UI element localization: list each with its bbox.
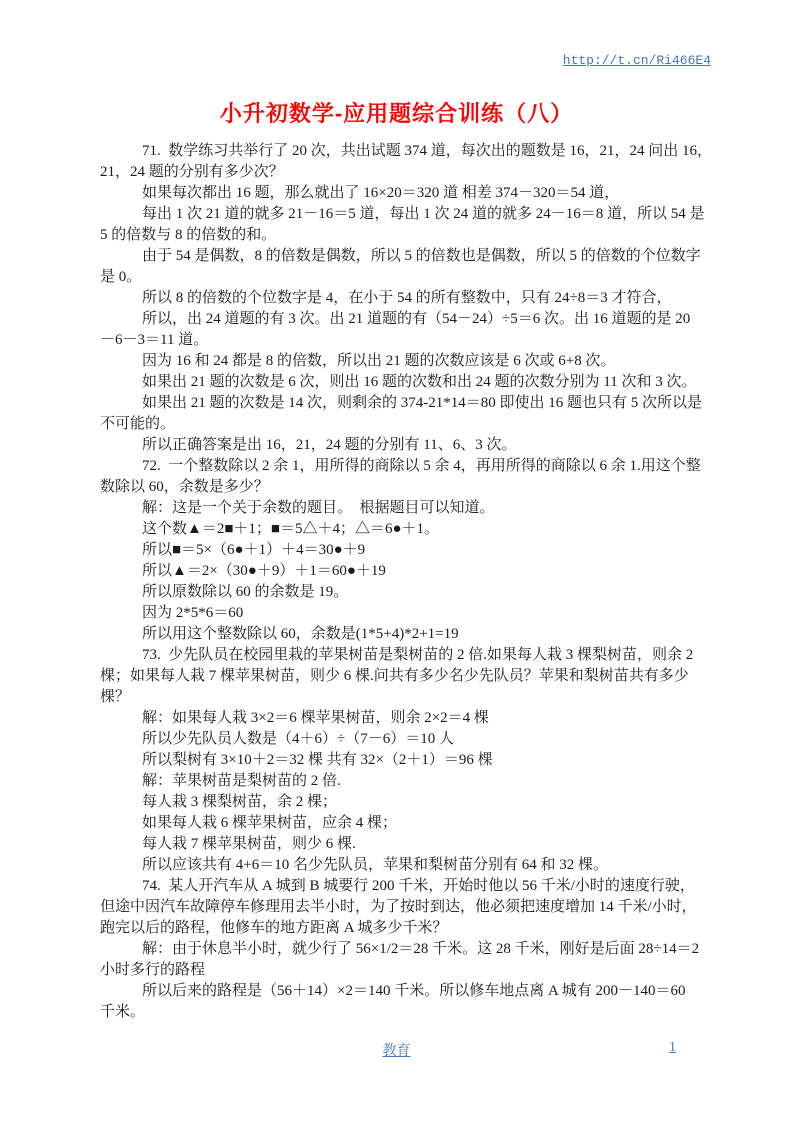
footer-page-number[interactable]: 1 [669, 1040, 676, 1056]
text-line: 所以■＝5×（6●＋1）＋4＝30●＋9 [100, 540, 718, 561]
text-line: 所以 8 的倍数的个位数字是 4，在小于 54 的所有整数中，只有 24÷8＝3… [100, 288, 718, 309]
text-line: 所以梨树有 3×10＋2＝32 棵 共有 32×（2＋1）＝96 棵 [100, 750, 718, 771]
text-line: 71. 数学练习共举行了 20 次，共出试题 374 道，每次出的题数是 16，… [100, 141, 718, 162]
text-line: 每出 1 次 21 道的就多 21－16＝5 道，每出 1 次 24 道的就多 … [100, 204, 718, 225]
text-line: 所以正确答案是出 16，21，24 题的分别有 11、6、3 次。 [100, 435, 718, 456]
text-line: 因为 2*5*6＝60 [100, 603, 718, 624]
text-line: 因为 16 和 24 都是 8 的倍数，所以出 21 题的次数应该是 6 次或 … [100, 351, 718, 372]
text-line: －6－3＝11 道。 [100, 330, 718, 351]
text-line: 棵？ [100, 687, 718, 708]
text-line: 每人栽 3 棵梨树苗，余 2 棵； [100, 792, 718, 813]
text-line: 是 0。 [100, 267, 718, 288]
text-line: 但途中因汽车故障停车修理用去半小时，为了按时到达，他必须把速度增加 14 千米/… [100, 897, 718, 918]
text-line: 73. 少先队员在校园里栽的苹果树苗是梨树苗的 2 倍.如果每人栽 3 棵梨树苗… [100, 645, 718, 666]
text-line: 解：如果每人栽 3×2＝6 棵苹果树苗，则余 2×2＝4 棵 [100, 708, 718, 729]
text-line: 小时多行的路程 [100, 960, 718, 981]
text-line: 所以后来的路程是（56＋14）×2＝140 千米。所以修车地点离 A 城有 20… [100, 981, 718, 1002]
text-line: 如果出 21 题的次数是 6 次，则出 16 题的次数和出 24 题的次数分别为… [100, 372, 718, 393]
text-line: 解：由于休息半小时，就少行了 56×1/2＝28 千米。这 28 千米，刚好是后… [100, 939, 718, 960]
text-line: 72. 一个整数除以 2 余 1，用所得的商除以 5 余 4，再用所得的商除以 … [100, 456, 718, 477]
document-page: http://t.cn/Ri466E4 小升初数学-应用题综合训练（八） 71.… [0, 0, 793, 1122]
text-line: 棵；如果每人栽 7 棵苹果树苗，则少 6 棵.问共有多少名少先队员？苹果和梨树苗… [100, 666, 718, 687]
text-line: 如果每人栽 6 棵苹果树苗，应余 4 棵； [100, 813, 718, 834]
footer-site-link[interactable]: 教育 [383, 1044, 411, 1059]
document-title: 小升初数学-应用题综合训练（八） [0, 97, 793, 128]
text-line: 所以少先队员人数是（4＋6）÷（7－6）＝10 人 [100, 729, 718, 750]
text-line: 74. 某人开汽车从 A 城到 B 城要行 200 千米，开始时他以 56 千米… [100, 876, 718, 897]
text-line: 如果出 21 题的次数是 14 次，则剩余的 374-21*14＝80 即使出 … [100, 393, 718, 414]
text-line: 不可能的。 [100, 414, 718, 435]
text-line: 所以，出 24 道题的有 3 次。出 21 道题的有（54－24）÷5＝6 次。… [100, 309, 718, 330]
header-url-link[interactable]: http://t.cn/Ri466E4 [563, 53, 711, 68]
text-line: 所以应该共有 4+6＝10 名少先队员，苹果和梨树苗分别有 64 和 32 棵。 [100, 855, 718, 876]
text-line: 每人栽 7 棵苹果树苗，则少 6 棵. [100, 834, 718, 855]
text-line: 21，24 题的分别有多少次？ [100, 162, 718, 183]
text-line: 如果每次都出 16 题，那么就出了 16×20＝320 道 相差 374－320… [100, 183, 718, 204]
text-line: 5 的倍数与 8 的倍数的和。 [100, 225, 718, 246]
text-line: 解：这是一个关于余数的题目。 根据题目可以知道。 [100, 498, 718, 519]
text-line: 所以用这个整数除以 60，余数是(1*5+4)*2+1=19 [100, 624, 718, 645]
text-line: 解：苹果树苗是梨树苗的 2 倍. [100, 771, 718, 792]
text-line: 所以原数除以 60 的余数是 19。 [100, 582, 718, 603]
text-line: 这个数▲＝2■＋1；■＝5△＋4；△＝6●＋1。 [100, 519, 718, 540]
text-line: 跑完以后的路程，他修车的地方距离 A 城多少千米？ [100, 918, 718, 939]
text-line: 由于 54 是偶数，8 的倍数是偶数，所以 5 的倍数也是偶数，所以 5 的倍数… [100, 246, 718, 267]
text-line: 数除以 60，余数是多少？ [100, 477, 718, 498]
text-line: 所以▲＝2×（30●＋9）＋1＝60●＋19 [100, 561, 718, 582]
text-line: 千米。 [100, 1002, 718, 1023]
document-body: 71. 数学练习共举行了 20 次，共出试题 374 道，每次出的题数是 16，… [100, 141, 718, 1023]
